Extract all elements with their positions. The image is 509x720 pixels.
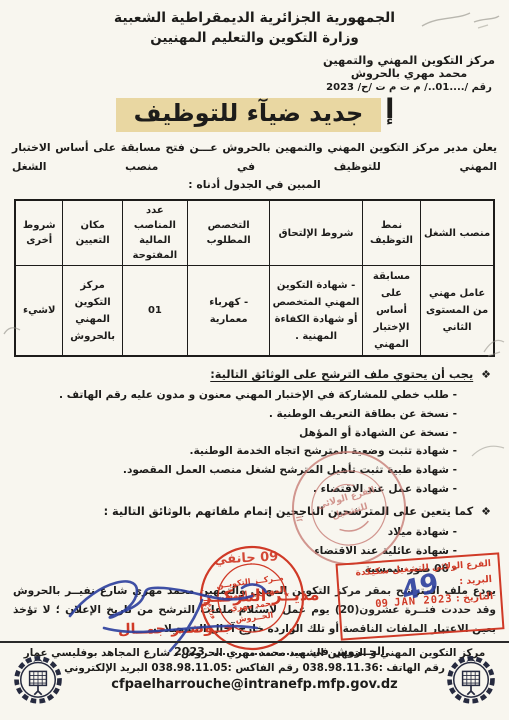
ministry-logo-icon (443, 648, 499, 706)
issuing-center-block: مركز التكوين المهني والتمهين محمد مهري ب… (323, 53, 495, 95)
intro-paragraph: يعلن مدير مركز التكوين المهني والتمهين ب… (12, 138, 497, 194)
intro-line-2: المبين في الجدول أدناه : (12, 176, 497, 194)
margin-scribble (0, 318, 26, 344)
list-item: - نسخة عن بطاقة التعريف الوطنية . (0, 405, 457, 424)
reference-number: رقم /....01../ م ت م ت /ح/ 2023 (323, 81, 495, 95)
footer-phone-fax: رقم الهاتف :038.98.11.36 رقم الفاكس :038… (0, 661, 509, 676)
documents-section-heading: ❖ يجب أن يحتوي ملف الترشح على الوثائق ال… (0, 366, 491, 384)
footer-address: مركز التكوين المهني و التمهين الشهيد محم… (0, 646, 509, 661)
col-open-positions: عدد المناصب المالية المفتوحة (122, 200, 187, 266)
cell-required-specialty: - كهرباء معمارية (187, 266, 269, 357)
col-other-conditions: شروط أخرى (15, 200, 63, 266)
banner-row: إ جديد ضيآء للتوظيف (116, 98, 382, 132)
highlighted-title: جديد ضيآء للتوظيف (116, 98, 382, 132)
table-row: عامل مهني من المستوى الثاني مسابقة على أ… (15, 266, 494, 357)
job-table: منصب الشغل نمط التوظيف شروط الإلتحاق الت… (14, 199, 495, 357)
table-header-row: منصب الشغل نمط التوظيف شروط الإلتحاق الت… (15, 200, 494, 266)
cell-assignment-place: مركز التكوين المهني بالحروش (63, 266, 122, 357)
document-page: الجمهورية الجزائرية الديمقراطية الشعبية … (0, 0, 509, 720)
cell-recruitment-mode: مسابقة على أساس الإختبار المهني (362, 266, 420, 357)
center-location: محمد مهري بالحروش (323, 67, 495, 81)
cell-entry-conditions: - شهادة التكوين المهني المتخصص أو شهادة … (270, 266, 362, 357)
margin-scribble (470, 440, 506, 462)
col-entry-conditions: شروط الإلتحاق (270, 200, 362, 266)
footer-email: cfpaelharrouche@intranefp.mfp.gov.dz (0, 676, 509, 694)
margin-scribble (480, 330, 508, 360)
pencil-scribble-top-right (418, 6, 502, 34)
diamond-bullet-icon: ❖ (481, 368, 491, 381)
intro-line-1: يعلن مدير مركز التكوين المهني والتمهين ب… (12, 138, 497, 176)
footer: مركز التكوين المهني و التمهين الشهيد محم… (0, 641, 509, 720)
center-name: مركز التكوين المهني والتمهين (323, 53, 495, 67)
col-required-specialty: التخصص المطلوب (187, 200, 269, 266)
documents-heading-text: يجب أن يحتوي ملف الترشح على الوثائق التا… (210, 368, 473, 381)
diamond-bullet-icon: ❖ (481, 505, 491, 518)
col-assignment-place: مكان التعيين (63, 200, 122, 266)
director-signature (52, 558, 282, 653)
announcement-letter: إ (385, 94, 394, 125)
ministry-logo-icon (10, 648, 66, 706)
col-recruitment-mode: نمط التوظيف (362, 200, 420, 266)
documents-list: - طلب خطي للمشاركة في الإختبار المهني مع… (0, 386, 509, 499)
cell-open-positions: 01 (122, 266, 187, 357)
list-item: - طلب خطي للمشاركة في الإختبار المهني مع… (0, 386, 457, 405)
col-job-position: منصب الشغل (421, 200, 494, 266)
